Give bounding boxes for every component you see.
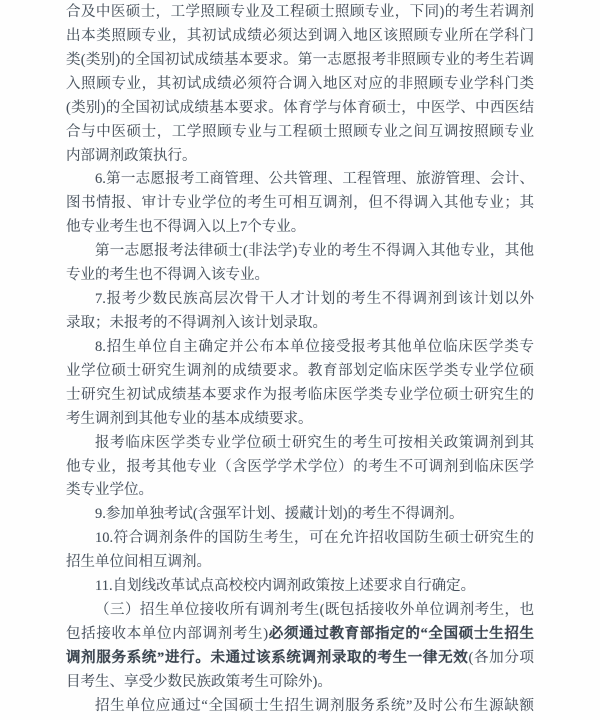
text-segment: 类(类别)的全国初试成绩基本要求。第一志愿报考非照顾专业的考生若调 <box>66 52 534 68</box>
document-line: 录取；未报考的不得调剂入该计划录取。 <box>66 312 534 336</box>
text-segment: 目考生、享受少数民族政策考生可除外)。 <box>66 674 332 690</box>
document-line: 专业的考生也不得调入该专业。 <box>66 264 534 288</box>
text-segment: 合及中医硕士，工学照顾专业及工程硕士照顾专业，下同)的考生若调剂 <box>66 4 534 20</box>
document-line: 10.符合调剂条件的国防生考生，可在允许招收国防生硕士研究生的 <box>66 527 534 551</box>
document-line: 类(类别)的全国初试成绩基本要求。第一志愿报考非照顾专业的考生若调 <box>66 49 534 73</box>
text-segment: 6.第一志愿报考工商管理、公共管理、工程管理、旅游管理、会计、 <box>95 171 534 187</box>
text-segment: 图书情报、审计专业学位的考生可相互调剂，但不得调入其他专业；其 <box>66 195 534 211</box>
text-segment: 8.招生单位自主确定并公布本单位接受报考其他单位临床医学类专 <box>95 339 534 355</box>
document-line: 招生单位间相互调剂。 <box>66 551 534 575</box>
document-line: 招生单位应通过“全国硕士生招生调剂服务系统”及时公布生源缺额 <box>66 695 534 719</box>
text-segment: (类别)的全国初试成绩基本要求。体育学与体育硕士，中医学、中西医结 <box>66 100 534 116</box>
document-line: 7.报考少数民族高层次骨干人才计划的考生不得调剂到该计划以外 <box>66 288 534 312</box>
bold-text-segment: 必须通过教育部指定的“全国硕士生招生 <box>268 626 534 642</box>
text-block: 合及中医硕士，工学照顾专业及工程硕士照顾专业，下同)的考生若调剂出本类照顾专业，… <box>66 1 534 719</box>
document-line: 包括接收本单位内部调剂考生)必须通过教育部指定的“全国硕士生招生 <box>66 623 534 647</box>
document-line: （三）招生单位接收所有调剂考生(既包括接收外单位调剂考生，也 <box>66 599 534 623</box>
document-line: 目考生、享受少数民族政策考生可除外)。 <box>66 671 534 695</box>
text-segment: 类专业学位。 <box>66 482 153 498</box>
document-line: 6.第一志愿报考工商管理、公共管理、工程管理、旅游管理、会计、 <box>66 168 534 192</box>
document-line: 报考临床医学类专业学位硕士研究生的考生可按相关政策调剂到其 <box>66 432 534 456</box>
scanned-document-page: 合及中医硕士，工学照顾专业及工程硕士照顾专业，下同)的考生若调剂出本类照顾专业，… <box>0 0 600 720</box>
text-segment: 业学位硕士研究生调剂的成绩要求。教育部划定临床医学类专业学位硕 <box>66 363 534 379</box>
text-segment: 考生调剂到其他专业的基本成绩要求。 <box>66 411 313 427</box>
text-segment: 11.自划线改革试点高校校内调剂政策按上述要求自行确定。 <box>95 578 475 594</box>
document-line: 图书情报、审计专业学位的考生可相互调剂，但不得调入其他专业；其 <box>66 192 534 216</box>
document-line: 9.参加单独考试(含强军计划、援藏计划)的考生不得调剂。 <box>66 503 534 527</box>
text-segment: 合与中医硕士，工学照顾专业与工程硕士照顾专业之间互调按照顾专业 <box>66 124 534 140</box>
text-segment: 录取；未报考的不得调剂入该计划录取。 <box>66 315 327 331</box>
document-line: 合及中医硕士，工学照顾专业及工程硕士照顾专业，下同)的考生若调剂 <box>66 1 534 25</box>
text-segment: （三）招生单位接收所有调剂考生(既包括接收外单位调剂考生，也 <box>95 602 534 618</box>
document-line: 他专业，报考其他专业（含医学学术学位）的考生不可调剂到临床医学 <box>66 456 534 480</box>
document-line: 11.自划线改革试点高校校内调剂政策按上述要求自行确定。 <box>66 575 534 599</box>
document-line: 士研究生初试成绩基本要求作为报考临床医学类专业学位硕士研究生的 <box>66 384 534 408</box>
document-line: 第一志愿报考法律硕士(非法学)专业的考生不得调入其他专业，其他 <box>66 240 534 264</box>
text-segment: 招生单位应通过“全国硕士生招生调剂服务系统”及时公布生源缺额 <box>95 698 534 714</box>
document-line: 类专业学位。 <box>66 479 534 503</box>
text-segment: 第一志愿报考法律硕士(非法学)专业的考生不得调入其他专业，其他 <box>95 243 534 259</box>
document-line: 8.招生单位自主确定并公布本单位接受报考其他单位临床医学类专 <box>66 336 534 360</box>
text-segment: (各加分项 <box>468 650 534 666</box>
text-segment: 9.参加单独考试(含强军计划、援藏计划)的考生不得调剂。 <box>95 506 464 522</box>
bold-text-segment: 调剂服务系统”进行。未通过该系统调剂录取的考生一律无效 <box>66 650 468 666</box>
text-segment: 出本类照顾专业，其初试成绩必须达到调入地区该照顾专业所在学科门 <box>66 28 534 44</box>
text-segment: 7.报考少数民族高层次骨干人才计划的考生不得调剂到该计划以外 <box>95 291 534 307</box>
document-line: 业学位硕士研究生调剂的成绩要求。教育部划定临床医学类专业学位硕 <box>66 360 534 384</box>
text-segment: 入照顾专业，其初试成绩必须符合调入地区对应的非照顾专业学科门类 <box>66 76 534 92</box>
document-line: 内部调剂政策执行。 <box>66 145 534 169</box>
text-segment: 士研究生初试成绩基本要求作为报考临床医学类专业学位硕士研究生的 <box>66 387 534 403</box>
text-segment: 招生单位间相互调剂。 <box>66 554 211 570</box>
document-line: 入照顾专业，其初试成绩必须符合调入地区对应的非照顾专业学科门类 <box>66 73 534 97</box>
document-line: (类别)的全国初试成绩基本要求。体育学与体育硕士，中医学、中西医结 <box>66 97 534 121</box>
document-line: 他专业考生也不得调入以上7个专业。 <box>66 216 534 240</box>
text-segment: 包括接收本单位内部调剂考生) <box>66 626 268 642</box>
text-segment: 专业的考生也不得调入该专业。 <box>66 267 269 283</box>
text-segment: 他专业，报考其他专业（含医学学术学位）的考生不可调剂到临床医学 <box>66 459 534 475</box>
text-segment: 内部调剂政策执行。 <box>66 148 197 164</box>
text-segment: 他专业考生也不得调入以上7个专业。 <box>66 219 305 235</box>
text-segment: 报考临床医学类专业学位硕士研究生的考生可按相关政策调剂到其 <box>95 435 534 451</box>
document-line: 出本类照顾专业，其初试成绩必须达到调入地区该照顾专业所在学科门 <box>66 25 534 49</box>
document-line: 考生调剂到其他专业的基本成绩要求。 <box>66 408 534 432</box>
document-line: 调剂服务系统”进行。未通过该系统调剂录取的考生一律无效(各加分项 <box>66 647 534 671</box>
text-segment: 10.符合调剂条件的国防生考生，可在允许招收国防生硕士研究生的 <box>95 530 534 546</box>
document-line: 合与中医硕士，工学照顾专业与工程硕士照顾专业之间互调按照顾专业 <box>66 121 534 145</box>
